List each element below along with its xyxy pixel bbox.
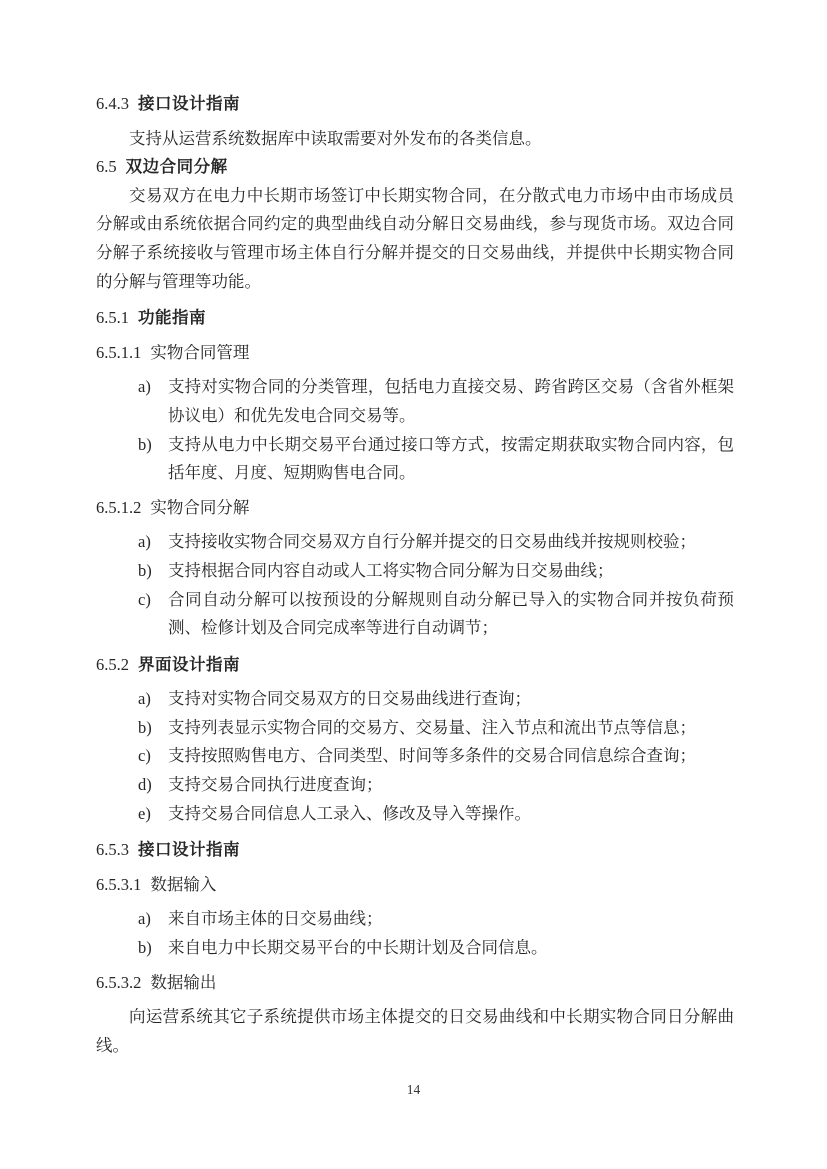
list-marker: b) bbox=[138, 934, 152, 963]
paragraph: 支持从运营系统数据库中读取需要对外发布的各类信息。 bbox=[96, 125, 734, 154]
list-marker: c) bbox=[138, 742, 151, 771]
list: a)来自市场主体的日交易曲线；b)来自电力中长期交易平台的中长期计划及合同信息。 bbox=[96, 905, 734, 962]
subsection-heading: 6.5.1.1实物合同管理 bbox=[96, 339, 734, 368]
section-title: 界面设计指南 bbox=[138, 656, 240, 674]
section-title: 数据输入 bbox=[150, 875, 216, 894]
section-title: 实物合同分解 bbox=[150, 498, 249, 517]
section-number: 6.5.1.1 bbox=[96, 343, 150, 362]
section-title: 双边合同分解 bbox=[126, 158, 228, 176]
subsection-heading: 6.5.3.1数据输入 bbox=[96, 871, 734, 900]
list-item-text: 支持根据合同内容自动或人工将实物合同分解为日交易曲线； bbox=[168, 561, 614, 580]
list-item-text: 支持列表显示实物合同的交易方、交易量、注入节点和流出节点等信息； bbox=[168, 718, 696, 737]
section-heading: 6.4.3接口设计指南 bbox=[96, 90, 734, 119]
list-marker: d) bbox=[138, 771, 152, 800]
section-number: 6.5 bbox=[96, 157, 126, 176]
list-item-text: 来自电力中长期交易平台的中长期计划及合同信息。 bbox=[168, 938, 548, 957]
list-item-text: 支持从电力中长期交易平台通过接口等方式，按需定期获取实物合同内容，包括年度、月度… bbox=[168, 435, 734, 483]
list-item-text: 支持接收实物合同交易双方自行分解并提交的日交易曲线并按规则校验； bbox=[168, 532, 696, 551]
paragraph: 向运营系统其它子系统提供市场主体提交的日交易曲线和中长期实物合同日分解曲线。 bbox=[96, 1003, 734, 1060]
section-title: 实物合同管理 bbox=[150, 343, 249, 362]
list-marker: a) bbox=[138, 685, 151, 714]
section-title: 功能指南 bbox=[138, 309, 206, 327]
list-item: b)支持从电力中长期交易平台通过接口等方式，按需定期获取实物合同内容，包括年度、… bbox=[96, 431, 734, 488]
section-heading: 6.5.3接口设计指南 bbox=[96, 836, 734, 865]
section-number: 6.5.3.1 bbox=[96, 875, 150, 894]
list: a)支持接收实物合同交易双方自行分解并提交的日交易曲线并按规则校验；b)支持根据… bbox=[96, 528, 734, 642]
list-item: e)支持交易合同信息人工录入、修改及导入等操作。 bbox=[96, 800, 734, 829]
list-item-text: 支持交易合同执行进度查询； bbox=[168, 775, 383, 794]
section-number: 6.5.2 bbox=[96, 655, 138, 674]
list-item: b)来自电力中长期交易平台的中长期计划及合同信息。 bbox=[96, 934, 734, 963]
list-item: a)支持接收实物合同交易双方自行分解并提交的日交易曲线并按规则校验； bbox=[96, 528, 734, 557]
list-item-text: 支持交易合同信息人工录入、修改及导入等操作。 bbox=[168, 804, 531, 823]
list-item-text: 来自市场主体的日交易曲线； bbox=[168, 909, 383, 928]
section-heading: 6.5双边合同分解 bbox=[96, 153, 734, 182]
subsection-heading: 6.5.1.2实物合同分解 bbox=[96, 494, 734, 523]
document-page: 6.4.3接口设计指南支持从运营系统数据库中读取需要对外发布的各类信息。6.5双… bbox=[0, 0, 827, 1169]
section-heading: 6.5.2界面设计指南 bbox=[96, 651, 734, 680]
section-heading: 6.5.1功能指南 bbox=[96, 304, 734, 333]
section-title: 接口设计指南 bbox=[138, 95, 240, 113]
list-marker: e) bbox=[138, 800, 151, 829]
list-item-text: 支持按照购售电方、合同类型、时间等多条件的交易合同信息综合查询； bbox=[168, 746, 696, 765]
list-marker: b) bbox=[138, 557, 152, 586]
document-content: 6.4.3接口设计指南支持从运营系统数据库中读取需要对外发布的各类信息。6.5双… bbox=[96, 82, 734, 1060]
section-number: 6.5.1.2 bbox=[96, 498, 150, 517]
list-item: a)来自市场主体的日交易曲线； bbox=[96, 905, 734, 934]
list-item: c)合同自动分解可以按预设的分解规则自动分解已导入的实物合同并按负荷预测、检修计… bbox=[96, 586, 734, 643]
list: a)支持对实物合同的分类管理，包括电力直接交易、跨省跨区交易（含省外框架协议电）… bbox=[96, 373, 734, 487]
list: a)支持对实物合同交易双方的日交易曲线进行查询；b)支持列表显示实物合同的交易方… bbox=[96, 685, 734, 828]
list-item: a)支持对实物合同的分类管理，包括电力直接交易、跨省跨区交易（含省外框架协议电）… bbox=[96, 373, 734, 430]
section-number: 6.5.1 bbox=[96, 308, 138, 327]
list-item: c)支持按照购售电方、合同类型、时间等多条件的交易合同信息综合查询； bbox=[96, 742, 734, 771]
list-item: d)支持交易合同执行进度查询； bbox=[96, 771, 734, 800]
section-title: 接口设计指南 bbox=[138, 841, 240, 859]
subsection-heading: 6.5.3.2数据输出 bbox=[96, 969, 734, 998]
list-item: a)支持对实物合同交易双方的日交易曲线进行查询； bbox=[96, 685, 734, 714]
list-marker: b) bbox=[138, 714, 152, 743]
list-marker: a) bbox=[138, 373, 151, 402]
list-item: b)支持根据合同内容自动或人工将实物合同分解为日交易曲线； bbox=[96, 557, 734, 586]
list-item-text: 合同自动分解可以按预设的分解规则自动分解已导入的实物合同并按负荷预测、检修计划及… bbox=[168, 590, 734, 638]
list-item-text: 支持对实物合同交易双方的日交易曲线进行查询； bbox=[168, 689, 531, 708]
list-marker: c) bbox=[138, 586, 151, 615]
list-marker: b) bbox=[138, 431, 152, 460]
list-marker: a) bbox=[138, 905, 151, 934]
section-number: 6.5.3.2 bbox=[96, 973, 150, 992]
list-marker: a) bbox=[138, 528, 151, 557]
list-item-text: 支持对实物合同的分类管理，包括电力直接交易、跨省跨区交易（含省外框架协议电）和优… bbox=[168, 377, 734, 425]
paragraph: 交易双方在电力中长期市场签订中长期实物合同，在分散式电力市场中由市场成员分解或由… bbox=[96, 182, 734, 296]
page-number: 14 bbox=[0, 1080, 827, 1100]
section-number: 6.4.3 bbox=[96, 94, 138, 113]
list-item: b)支持列表显示实物合同的交易方、交易量、注入节点和流出节点等信息； bbox=[96, 714, 734, 743]
section-number: 6.5.3 bbox=[96, 840, 138, 859]
section-title: 数据输出 bbox=[150, 973, 216, 992]
